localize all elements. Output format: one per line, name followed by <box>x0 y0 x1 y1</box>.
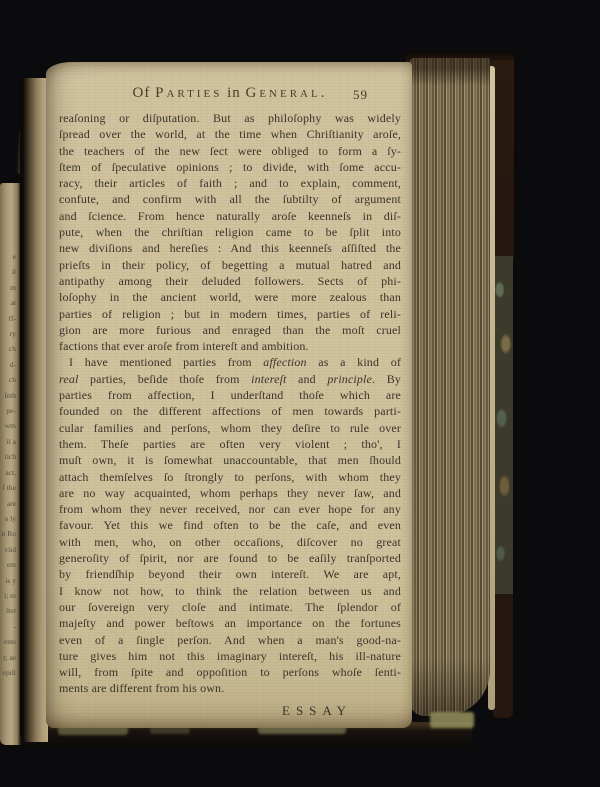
page-number: 59 <box>353 87 368 103</box>
bottom-edge-glint <box>150 727 190 734</box>
left-page-fragment: i; m <box>4 588 16 603</box>
left-page-fragment: pe- <box>6 403 16 418</box>
left-page-fragment: il a <box>7 434 16 449</box>
left-page-fragment: ff- <box>9 311 16 326</box>
left-page-fragment: m <box>10 280 16 295</box>
text-line: generoſity of ſpirit, nor are found to b… <box>59 550 401 566</box>
text-line: gion are more furious and enraged than t… <box>59 322 401 338</box>
text-line: will, from ſpite and oppoſition to perſo… <box>59 664 401 680</box>
gutter-shadow <box>20 78 48 742</box>
text-line: from whom they never received, nor can e… <box>59 501 401 517</box>
cover-board-leather-top <box>494 60 514 258</box>
book-photo: eilmatff-rychd-chſethpe-wmil atichact,f … <box>0 0 600 787</box>
text-line: our ſovereign very cloſe and intimate. T… <box>59 599 401 615</box>
text-line: reaſoning or diſputation. But as philoſo… <box>59 110 401 126</box>
text-line: antipathy among their deluded followers.… <box>59 273 401 289</box>
text-line: with men, who, on other occaſions, diſco… <box>59 534 401 550</box>
text-line: parties of religion ; but in modern time… <box>59 306 401 322</box>
text-line: even of a ſingle perſon. And when a man'… <box>59 632 401 648</box>
text-line: ture gives him not this imaginary intere… <box>59 648 401 664</box>
left-page-fragment: are <box>7 496 16 511</box>
text-line: and ſcience. From hence naturally aroſe … <box>59 208 401 224</box>
text-line: are no way acquainted, whom perhaps they… <box>59 485 401 501</box>
text-line: them. Theſe parties are often very viole… <box>59 436 401 452</box>
text-line: the teachers of the new ſect were oblige… <box>59 143 401 159</box>
left-page-fragment: ch <box>9 341 16 356</box>
text-line: prieſts in their policy, of begetting a … <box>59 257 401 273</box>
text-line: by friendſhip beyond their own intereſt.… <box>59 566 401 582</box>
header-title: Of Parties in General. <box>133 85 328 101</box>
left-page-fragment: act, <box>5 465 16 480</box>
left-page-fragment: t; ae <box>3 650 16 665</box>
text-line: loſophy in the ancient world, were more … <box>59 289 401 305</box>
bottom-edge-glint <box>430 712 474 728</box>
cover-board-leather-bottom <box>493 594 513 718</box>
text-line: favour. Yet this we find often to be the… <box>59 517 401 533</box>
text-line: parties from affection, I underſtand tho… <box>59 387 401 403</box>
left-page-fragment: ſeth <box>5 388 16 403</box>
left-page-fragment: d- <box>10 357 16 372</box>
left-page-sliver: eilmatff-rychd-chſethpe-wmil atichact,f … <box>0 183 21 745</box>
text-line: racy, their articles of faith ; and to e… <box>59 175 401 191</box>
left-page-text: eilmatff-rychd-chſethpe-wmil atichact,f … <box>1 249 16 739</box>
text-line: real parties, beſide thoſe from intereſt… <box>59 371 401 387</box>
left-page-fragment: - <box>14 619 17 634</box>
text-line: muſt own, it is ſomewhat unaccountable, … <box>59 452 401 468</box>
cover-board-marbled-edge <box>494 256 513 594</box>
left-page-fragment: ents <box>4 634 16 649</box>
fore-edge-page-stack <box>410 58 490 716</box>
left-page-fragment: il <box>12 264 16 279</box>
left-page-fragment: ry <box>10 326 16 341</box>
header-word: in <box>227 85 241 101</box>
text-line: ments are different from his own. <box>59 680 401 696</box>
text-line: majeſty and power beſtows an importance … <box>59 615 401 631</box>
left-page-fragment: viid <box>4 542 16 557</box>
text-line: pute, when the chriſtian religion came t… <box>59 224 401 240</box>
text-line: attach themſelves ſo ſtrongly to perſons… <box>59 469 401 485</box>
left-page-fragment: at <box>11 295 16 310</box>
text-line: factions that ever aroſe from intereſt a… <box>59 338 401 354</box>
main-page: Of Parties in General. 59 reaſoning or d… <box>46 62 412 728</box>
left-page-fragment: n Ro <box>2 526 16 541</box>
left-page-fragment: f the <box>2 480 16 495</box>
header-word: General. <box>245 85 327 101</box>
left-page-fragment: tich <box>5 449 16 464</box>
text-line: cular families and perſons, whom they de… <box>59 420 401 436</box>
left-page-fragment: em <box>7 557 16 572</box>
body-text: reaſoning or diſputation. But as philoſo… <box>59 110 401 697</box>
text-line: confute, and confirm with all the ſubtil… <box>59 191 401 207</box>
catchword: ESSAY <box>282 703 352 719</box>
header-word: Of <box>133 85 151 101</box>
running-header: Of Parties in General. 59 <box>58 84 402 104</box>
text-line: ſpread over the world, at the time when … <box>59 126 401 142</box>
left-page-fragment: o ly <box>5 511 16 526</box>
text-line: new diviſions and hereſies : And this ke… <box>59 240 401 256</box>
text-line: founded on the different affections of m… <box>59 403 401 419</box>
left-page-fragment: wm <box>5 418 16 433</box>
left-page-fragment: is y <box>5 573 16 588</box>
header-word: Parties <box>155 85 222 101</box>
text-line: I know not how, to think the relation be… <box>59 583 401 599</box>
left-page-fragment: epiſt <box>3 665 16 680</box>
left-page-fragment: e <box>13 249 16 264</box>
left-page-fragment: ſter <box>6 603 16 618</box>
text-line: I have mentioned parties from affection … <box>59 354 401 370</box>
text-line: ſtem of ſpeculative opinions ; to divide… <box>59 159 401 175</box>
left-page-fragment: ch <box>9 372 16 387</box>
